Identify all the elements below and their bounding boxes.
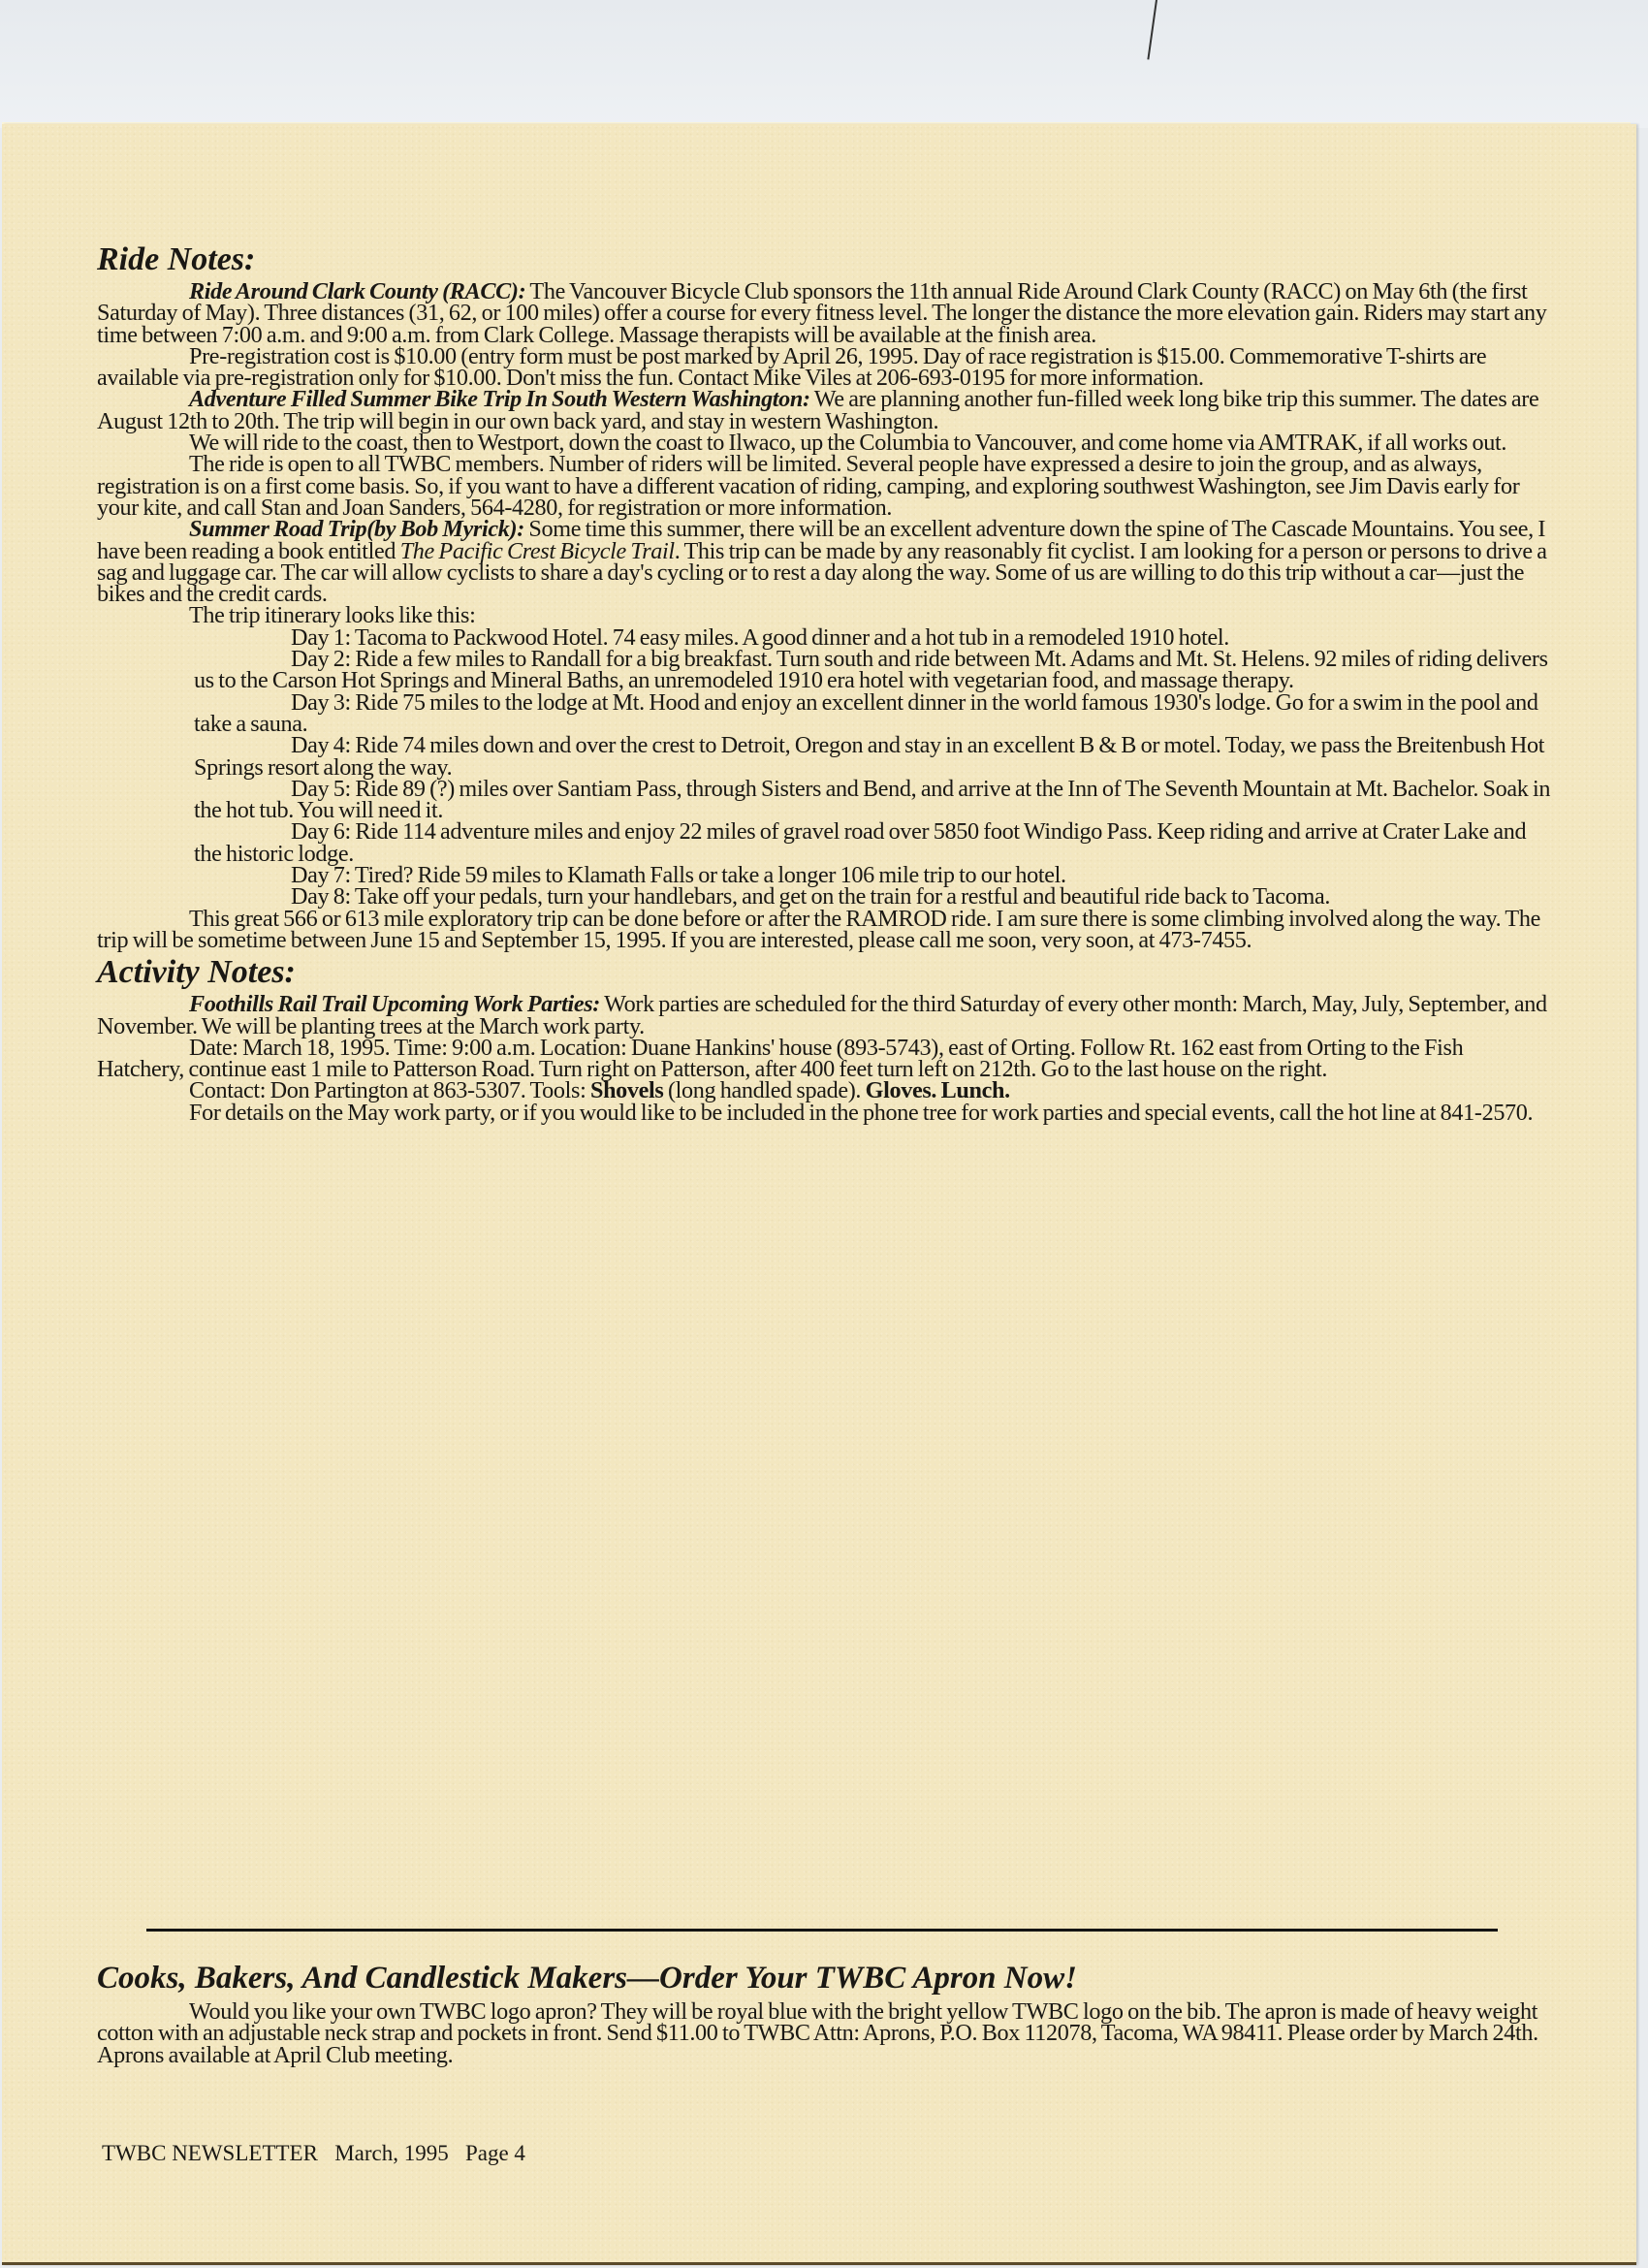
footer-page-number: Page 4 <box>465 2141 525 2165</box>
scanner-background <box>0 0 1648 128</box>
footer-publication: TWBC NEWSLETTER <box>102 2141 318 2165</box>
work-parties-paragraph: Foothills Rail Trail Upcoming Work Parti… <box>97 994 1551 1038</box>
section-divider <box>146 1929 1498 1932</box>
racc-paragraph: Ride Around Clark County (RACC): The Van… <box>97 281 1551 346</box>
apron-section: Cooks, Bakers, And Candlestick Makers—Or… <box>97 1959 1551 2066</box>
itinerary-list: Day 1: Tacoma to Packwood Hotel. 74 easy… <box>97 627 1551 909</box>
apron-heading: Cooks, Bakers, And Candlestick Makers—Or… <box>97 1959 1551 1997</box>
page-body: Ride Notes: Ride Around Clark County (RA… <box>97 240 1551 1124</box>
road-trip-paragraph: Summer Road Trip(by Bob Myrick): Some ti… <box>97 519 1551 605</box>
itinerary-day: Day 3: Ride 75 miles to the lodge at Mt.… <box>97 692 1551 736</box>
adventure-signup: The ride is open to all TWBC members. Nu… <box>97 454 1551 519</box>
page-footer: TWBC NEWSLETTER March, 1995 Page 4 <box>102 2141 525 2166</box>
road-trip-closing: This great 566 or 613 mile exploratory t… <box>97 909 1551 952</box>
itinerary-day: Day 4: Ride 74 miles down and over the c… <box>97 735 1551 779</box>
adventure-paragraph: Adventure Filled Summer Bike Trip In Sou… <box>97 389 1551 432</box>
itinerary-day: Day 2: Ride a few miles to Randall for a… <box>97 649 1551 692</box>
footer-date: March, 1995 <box>334 2141 449 2165</box>
work-party-date: Date: March 18, 1995. Time: 9:00 a.m. Lo… <box>97 1038 1551 1081</box>
itinerary-day: Day 6: Ride 114 adventure miles and enjo… <box>97 821 1551 865</box>
ride-notes-heading: Ride Notes: <box>97 240 1551 279</box>
racc-registration: Pre-registration cost is $10.00 (entry f… <box>97 346 1551 390</box>
activity-notes-heading: Activity Notes: <box>97 953 1551 992</box>
work-party-details: For details on the May work party, or if… <box>97 1102 1551 1124</box>
itinerary-day: Day 5: Ride 89 (?) miles over Santiam Pa… <box>97 779 1551 822</box>
apron-text: Would you like your own TWBC logo apron?… <box>97 2001 1551 2066</box>
